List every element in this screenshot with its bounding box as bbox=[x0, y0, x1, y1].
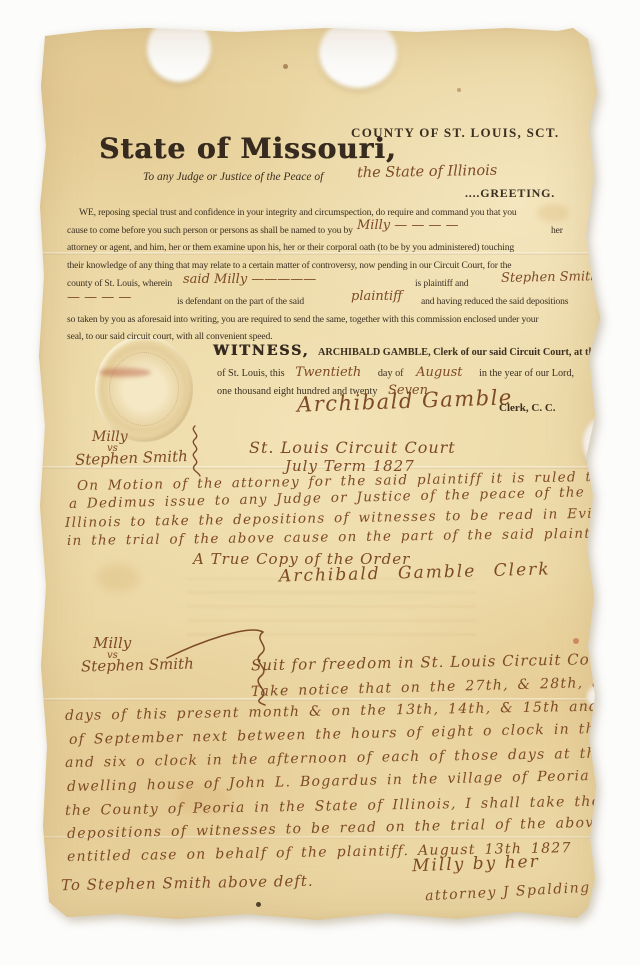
notice-line: dwelling house of John L. Bogardus in th… bbox=[67, 768, 615, 795]
notice-addressee: To Stephen Smith above deft. bbox=[61, 872, 314, 894]
notice-line: and six o clock in the afternoon of each… bbox=[65, 746, 607, 771]
witness-line: day of bbox=[378, 368, 404, 379]
attorney-signature-line1: Milly by her bbox=[412, 852, 540, 876]
handwritten-fill-plaintiff: Milly — — — — bbox=[357, 218, 459, 233]
salutation-printed: To any Judge or Justice of the Peace of bbox=[143, 171, 323, 183]
handwritten-month: August bbox=[416, 365, 462, 380]
paper-damage-hole bbox=[319, 18, 397, 88]
form-line: seal, to our said circuit court, with al… bbox=[67, 331, 272, 342]
witness-line: ARCHIBALD GAMBLE, Clerk of our said Circ… bbox=[318, 347, 620, 358]
witness-word: WITNESS, bbox=[213, 343, 309, 359]
document-scan: COUNTY OF ST. LOUIS, SCT. State of Misso… bbox=[37, 26, 603, 922]
notice-line: days of this present month & on the 13th… bbox=[65, 697, 640, 724]
stain bbox=[457, 88, 461, 92]
form-line: attorney or agent, and him, her or them … bbox=[67, 242, 514, 253]
stain bbox=[283, 64, 288, 69]
salutation-handwritten-fill: the State of Illinois bbox=[357, 163, 498, 181]
form-line: WE, reposing special trust and confidenc… bbox=[79, 207, 517, 218]
stain bbox=[573, 638, 579, 644]
embossed-court-seal-ring bbox=[109, 352, 179, 426]
handwritten-day: Twentieth bbox=[295, 365, 361, 380]
greeting-line: ....GREETING. bbox=[465, 186, 555, 201]
form-line: is plaintiff and bbox=[415, 278, 468, 289]
paper-damage-hole bbox=[147, 16, 211, 82]
order-caption-defendant: Stephen Smith bbox=[75, 447, 188, 469]
form-line: her bbox=[551, 225, 563, 236]
form-line: is defendant on the part of the said bbox=[177, 296, 304, 307]
witness-line: of St. Louis, this bbox=[217, 368, 285, 379]
notice-title: Suit for freedom in St. Louis Circuit Co… bbox=[251, 650, 632, 675]
form-line: county of St. Louis, wherein bbox=[67, 278, 172, 289]
form-line: and having reduced the said depositions bbox=[421, 296, 568, 307]
stain bbox=[537, 204, 569, 222]
notice-line: the County of Peoria in the State of Ill… bbox=[65, 794, 602, 819]
order-court-name: St. Louis Circuit Court bbox=[249, 438, 456, 457]
clerk-title: Clerk, C. C. bbox=[499, 402, 556, 414]
notice-line: of September next between the hours of e… bbox=[69, 719, 640, 748]
attorney-signature-line2: attorney J Spalding bbox=[425, 880, 591, 905]
stain bbox=[256, 902, 261, 907]
form-line: their knowledge of any thing that may re… bbox=[67, 260, 511, 271]
state-title: State of Missouri, bbox=[99, 132, 397, 165]
handwritten-fill-plaintiff-name: said Milly ————— bbox=[183, 272, 316, 287]
notice-line: Take notice that on the 27th, & 28th, an… bbox=[251, 673, 640, 700]
stain bbox=[97, 564, 139, 592]
handwritten-fill-party: plaintiff bbox=[351, 289, 402, 304]
case-bracket-icon bbox=[187, 424, 203, 478]
witness-line: in the year of our Lord, bbox=[479, 368, 574, 379]
handwritten-fill-defendant-name: Stephen Smith bbox=[501, 269, 599, 286]
handwritten-dashes: — — — — bbox=[67, 290, 131, 305]
form-line: cause to come before you such person or … bbox=[67, 225, 353, 236]
paper-sheet: COUNTY OF ST. LOUIS, SCT. State of Misso… bbox=[37, 26, 603, 922]
paper-damage-notch bbox=[583, 418, 623, 468]
notice-line: depositions of witnesses to be read on t… bbox=[67, 815, 604, 842]
form-line: so taken by you as aforesaid into writin… bbox=[67, 314, 538, 325]
